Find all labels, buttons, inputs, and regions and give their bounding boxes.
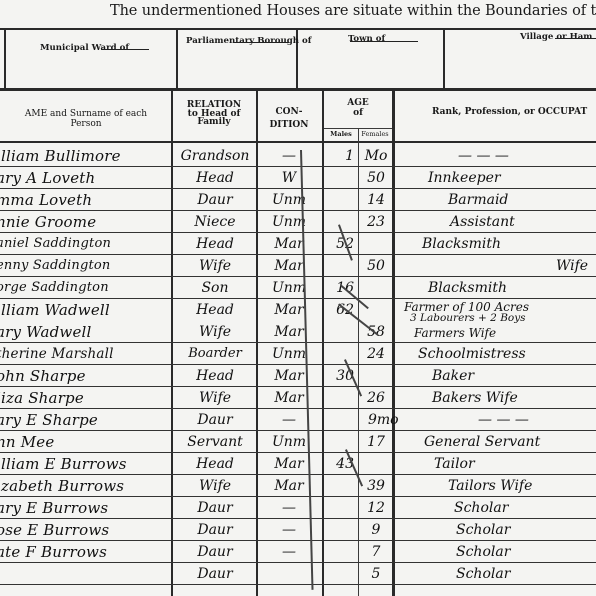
village-label: Village or Ham [520, 32, 592, 42]
header-condition-line1: CON- [256, 108, 322, 118]
table-row: ary E Sharpe Daur — 9mo — — — [0, 409, 596, 431]
condition: Unm [258, 432, 320, 453]
occupation: Baker [398, 366, 596, 387]
person-name: illiam Wadwell [0, 300, 170, 321]
condition: Mar [258, 388, 320, 409]
age-female: 50 [360, 256, 392, 277]
table-row: mma Loveth Daur Unm 14 Barmaid [0, 189, 596, 211]
occupation: — — — [398, 410, 596, 431]
table-row: ary A Loveth Head W 50 Innkeeper [0, 167, 596, 189]
table-row: Daur 5 Scholar [0, 563, 596, 585]
table-row: ary E Burrows Daur — 12 Scholar [0, 497, 596, 519]
person-name: ary Wadwell [0, 322, 170, 343]
town-label: Town of [348, 34, 385, 44]
person-name: nnie Groome [0, 212, 170, 233]
boundary-divider-1 [176, 30, 178, 88]
occupation: Assistant [398, 212, 596, 233]
table-row: illiam Wadwell Head Mar 62 Farmer of 100… [0, 299, 596, 321]
boundaries-divider [0, 88, 596, 91]
relation: Head [176, 366, 254, 387]
boundary-divider-3 [443, 30, 445, 88]
header-males: Males [324, 130, 358, 138]
age-male [324, 410, 356, 431]
table-row: ary Wadwell Wife Mar 58 Farmers Wife [0, 321, 596, 343]
relation: Daur [176, 498, 254, 519]
relation: Wife [176, 256, 254, 277]
condition: Mar [258, 234, 320, 255]
person-name: liza Sharpe [0, 388, 170, 409]
person-name: ary A Loveth [0, 168, 170, 189]
boundary-left-border [4, 30, 6, 88]
age-female: 5 [360, 564, 392, 585]
age-male [324, 498, 356, 519]
person-name: enny Saddington [0, 256, 170, 277]
table-row: ose E Burrows Daur — 9 Scholar [0, 519, 596, 541]
occupation: — — — [398, 146, 596, 167]
title-divider [0, 28, 596, 30]
header-occupation: Rank, Profession, or OCCUPAT [392, 108, 596, 118]
condition: Unm [258, 344, 320, 365]
age-male [324, 388, 356, 409]
row-divider [0, 584, 596, 585]
age-male [324, 322, 356, 343]
occupation: Scholar [398, 542, 596, 563]
age-female: 14 [360, 190, 392, 211]
age-male [324, 190, 356, 211]
person-name: ohn Sharpe [0, 366, 170, 387]
age-male [324, 168, 356, 189]
relation: Niece [176, 212, 254, 233]
age-male: 52 [324, 234, 356, 255]
age-female [360, 454, 392, 475]
header-age: AGE of [324, 99, 392, 118]
occupation: Tailors Wife [398, 476, 596, 497]
condition: Mar [258, 256, 320, 277]
parliamentary-borough-label: Parliamentary Borough of [186, 36, 311, 46]
header-bottom-divider [0, 141, 596, 143]
occupation: Bakers Wife [398, 388, 596, 409]
person-name: aniel Saddington [0, 234, 170, 255]
age-female: 50 [360, 168, 392, 189]
header-condition-line2: DITION [256, 121, 322, 131]
relation: Daur [176, 564, 254, 585]
table-row: therine Marshall Boarder Unm 24 Schoolmi… [0, 343, 596, 365]
relation: Head [176, 454, 254, 475]
page-title: The undermentioned Houses are situate wi… [110, 3, 596, 19]
relation: Son [176, 278, 254, 299]
table-row: ohn Sharpe Head Mar 30 Baker [0, 365, 596, 387]
person-name: mma Loveth [0, 190, 170, 211]
strikethrough [350, 41, 418, 42]
person-name: orge Saddington [0, 278, 170, 299]
age-female: 12 [360, 498, 392, 519]
relation: Wife [176, 322, 254, 343]
header-relation-line3: Family [172, 118, 256, 127]
age-male [324, 432, 356, 453]
header-age-line2: of [324, 109, 392, 119]
relation: Daur [176, 520, 254, 541]
relation: Daur [176, 542, 254, 563]
condition: Mar [258, 366, 320, 387]
relation: Head [176, 234, 254, 255]
header-relation: RELATION to Head of Family [172, 101, 256, 127]
condition: Mar [258, 476, 320, 497]
occupation: Scholar [398, 564, 596, 585]
table-row: enny Saddington Wife Mar 50 Wife [0, 255, 596, 277]
age-female: 17 [360, 432, 392, 453]
strikethrough [233, 42, 289, 43]
occupation: Scholar [398, 520, 596, 541]
age-male: 1 [324, 146, 356, 167]
age-female: 7 [360, 542, 392, 563]
condition: Unm [258, 212, 320, 233]
relation: Daur [176, 190, 254, 211]
table-row: illiam E Burrows Head Mar 43 Tailor [0, 453, 596, 475]
occupation: General Servant [398, 432, 596, 453]
relation: Daur [176, 410, 254, 431]
header-females: Females [358, 130, 392, 138]
condition: Unm [258, 278, 320, 299]
person-name: ary E Burrows [0, 498, 170, 519]
age-male [324, 520, 356, 541]
occupation: Tailor [398, 454, 596, 475]
age-female: 39 [360, 476, 392, 497]
table-row: ate F Burrows Daur — 7 Scholar [0, 541, 596, 563]
table-row: illiam Bullimore Grandson — 1 Mo — — — [0, 145, 596, 167]
age-female: Mo [360, 146, 392, 167]
header-name-line2: Person [0, 120, 172, 130]
condition: — [258, 410, 320, 431]
age-female [360, 366, 392, 387]
relation: Boarder [176, 344, 254, 365]
relation: Servant [176, 432, 254, 453]
occupation: Schoolmistress [398, 344, 596, 365]
condition: W [258, 168, 320, 189]
person-name: illiam E Burrows [0, 454, 170, 475]
age-female: 9 [360, 520, 392, 541]
age-male [324, 564, 356, 585]
table-row: nnie Groome Niece Unm 23 Assistant [0, 211, 596, 233]
person-name: izabeth Burrows [0, 476, 170, 497]
condition: Mar [258, 322, 320, 343]
relation: Head [176, 168, 254, 189]
age-male [324, 476, 356, 497]
age-female: 24 [360, 344, 392, 365]
person-name: ose E Burrows [0, 520, 170, 541]
person-name: ate F Burrows [0, 542, 170, 563]
condition: — [258, 146, 320, 167]
age-female [360, 300, 392, 321]
table-row: aniel Saddington Head Mar 52 Blacksmith [0, 233, 596, 255]
person-name: ary E Sharpe [0, 410, 170, 431]
person-name: nn Mee [0, 432, 170, 453]
condition: Mar [258, 454, 320, 475]
occupation: Innkeeper [398, 168, 596, 189]
condition: Unm [258, 190, 320, 211]
strikethrough [555, 38, 596, 39]
age-female [360, 278, 392, 299]
table-row: nn Mee Servant Unm 17 General Servant [0, 431, 596, 453]
relation: Wife [176, 388, 254, 409]
age-female: 23 [360, 212, 392, 233]
occupation: Blacksmith [398, 278, 596, 299]
occupation: Blacksmith [398, 234, 596, 255]
occupation: Wife [398, 256, 596, 277]
header-condition: CON- DITION [256, 108, 322, 130]
table-row: orge Saddington Son Unm 16 Blacksmith [0, 277, 596, 299]
table-row: izabeth Burrows Wife Mar 39 Tailors Wife [0, 475, 596, 497]
relation: Head [176, 300, 254, 321]
age-female [360, 234, 392, 255]
age-male: 62 [324, 300, 356, 321]
relation: Wife [176, 476, 254, 497]
table-row: liza Sharpe Wife Mar 26 Bakers Wife [0, 387, 596, 409]
occupation: Barmaid [398, 190, 596, 211]
condition: Mar [258, 300, 320, 321]
strikethrough [101, 49, 149, 50]
municipal-ward-label: Municipal Ward of [40, 43, 129, 53]
person-name: illiam Bullimore [0, 146, 170, 167]
age-female: 26 [360, 388, 392, 409]
relation: Grandson [176, 146, 254, 167]
header-name: AME and Surname of each Person [0, 110, 172, 129]
person-name: therine Marshall [0, 344, 170, 365]
age-male [324, 542, 356, 563]
person-name [0, 564, 170, 585]
occupation: Scholar [398, 498, 596, 519]
age-male [324, 344, 356, 365]
